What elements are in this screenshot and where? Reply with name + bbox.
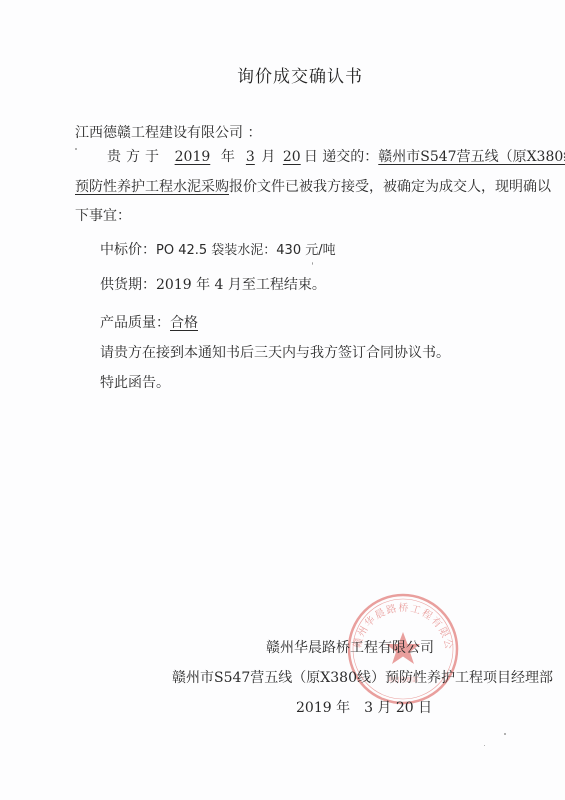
- price-term: 中标价：PO 42.5 袋装水泥：430 元/吨: [100, 241, 336, 260]
- quality-value: 合格: [170, 315, 198, 331]
- body-line-1: 贵方于 2019 年 3月 20日 递交的：赣州市S547营五线（原X380线）: [107, 148, 565, 166]
- delivery-term: 供货期：2019 年 4 月至工程结束。: [100, 276, 326, 294]
- accept-text: 报价文件已被我方接受，被确定为成交人，现明确以: [229, 179, 551, 195]
- month-unit: 月: [261, 149, 275, 165]
- day-blank: 20: [280, 148, 304, 166]
- scan-speck: [484, 745, 485, 746]
- request-text: 请贵方在接到本通知书后三天内与我方签订合同协议书。: [100, 344, 450, 362]
- scan-speck: [312, 262, 313, 265]
- signature-company: 赣州华晨路桥工程有限公司: [266, 639, 434, 657]
- year-unit: 年: [221, 149, 235, 165]
- delivery-label: 供货期：: [100, 277, 156, 293]
- project-name-part1: 赣州市S547营五线（原X380线）: [378, 149, 565, 165]
- signature-date: 2019 年 3 月 20 日: [296, 699, 432, 717]
- month-blank: 3: [239, 148, 261, 166]
- scan-speck: [75, 148, 77, 150]
- price-label: 中标价：: [100, 242, 156, 258]
- project-name-part2: 预防性养护工程水泥采购: [75, 179, 229, 195]
- addressee: 江西德赣工程建设有限公司 ：: [75, 124, 261, 142]
- intro-prefix: 贵方于: [107, 149, 164, 165]
- scan-speck: [504, 733, 506, 735]
- price-value: PO 42.5 袋装水泥：430 元/吨: [156, 243, 336, 258]
- day-unit: 日: [304, 149, 318, 165]
- document-title: 询价成交确认书: [0, 62, 565, 87]
- body-line-3: 下事宜：: [75, 207, 131, 225]
- signature-department: 赣州市S547营五线（原X380线）预防性养护工程项目经理部: [172, 669, 553, 687]
- quality-term: 产品质量：合格: [100, 314, 198, 332]
- closing-text: 特此函告。: [100, 374, 170, 392]
- delivery-value: 2019 年 4 月至工程结束。: [156, 277, 326, 293]
- submitted-text: 递交的：: [322, 149, 378, 165]
- quality-label: 产品质量：: [100, 315, 170, 331]
- body-line-2: 预防性养护工程水泥采购报价文件已被我方接受，被确定为成交人，现明确以: [75, 178, 551, 196]
- year-blank: 2019: [168, 148, 216, 166]
